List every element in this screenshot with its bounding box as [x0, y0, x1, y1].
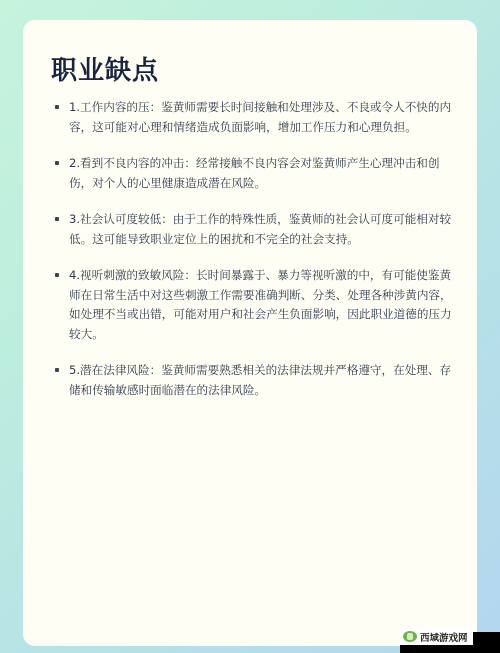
list-item-text: 2.看到不良内容的冲击：经常接触不良内容会对鉴黄师产生心理冲击和创伤，对个人的心… [69, 156, 439, 190]
list-item-text: 1.工作内容的压：鉴黄师需要长时间接触和处理涉及、不良或令人不快的内容，这可能对… [69, 100, 451, 134]
watermark-text: 西域游戏网 [420, 630, 468, 644]
watermark-black-bar [473, 632, 500, 645]
bullet-icon [55, 368, 59, 372]
content-card: 职业缺点 1.工作内容的压：鉴黄师需要长时间接触和处理涉及、不良或令人不快的内容… [23, 20, 477, 646]
bullet-icon [55, 105, 59, 109]
list-item: 3.社会认可度较低：由于工作的特殊性质，鉴黄师的社会认可度可能相对较低。这可能导… [53, 210, 459, 249]
list-item-text: 5.潜在法律风险：鉴黄师需要熟悉相关的法律法规并严格遵守，在处理、存储和传输敏感… [69, 363, 451, 397]
list-item: 1.工作内容的压：鉴黄师需要长时间接触和处理涉及、不良或令人不快的内容，这可能对… [53, 98, 459, 137]
list-item: 4.视听刺激的致敏风险：长时间暴露于、暴力等视听激的中，有可能使鉴黄师在日常生活… [53, 266, 459, 344]
page-title: 职业缺点 [51, 50, 159, 87]
watermark-black-bar-bottom [400, 645, 500, 653]
bullet-icon [55, 161, 59, 165]
bullet-icon [55, 273, 59, 277]
disadvantages-list: 1.工作内容的压：鉴黄师需要长时间接触和处理涉及、不良或令人不快的内容，这可能对… [53, 98, 459, 417]
bullet-icon [55, 217, 59, 221]
list-item-text: 3.社会认可度较低：由于工作的特殊性质，鉴黄师的社会认可度可能相对较低。这可能导… [69, 212, 451, 246]
watermark: 西域游戏网 [400, 628, 500, 653]
watermark-badge: 西域游戏网 [400, 628, 473, 645]
list-item: 2.看到不良内容的冲击：经常接触不良内容会对鉴黄师产生心理冲击和创伤，对个人的心… [53, 154, 459, 193]
list-item-text: 4.视听刺激的致敏风险：长时间暴露于、暴力等视听激的中，有可能使鉴黄师在日常生活… [69, 268, 452, 341]
list-item: 5.潜在法律风险：鉴黄师需要熟悉相关的法律法规并严格遵守，在处理、存储和传输敏感… [53, 361, 459, 400]
leaf-logo-icon [403, 631, 417, 642]
